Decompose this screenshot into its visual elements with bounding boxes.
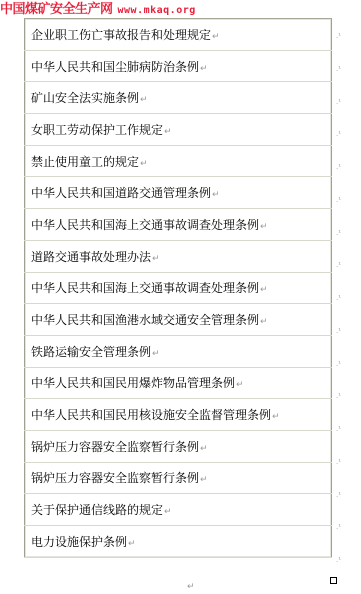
regulation-title: 锅炉压力容器安全监察暂行条例: [31, 471, 199, 485]
table-row: 中华人民共和国民用核设施安全监督管理条例↵: [25, 399, 332, 431]
regulation-title: 女职工劳动保护工作规定: [31, 123, 163, 137]
row-end-mark-icon: .¹: [336, 32, 341, 40]
table-row: 中华人民共和国渔港水域交通安全管理条例↵: [25, 304, 332, 336]
regulation-title: 中华人民共和国尘肺病防治条例: [31, 60, 199, 74]
paragraph-mark-icon: ↵: [212, 190, 220, 200]
table-row: 女职工劳动保护工作规定↵: [25, 114, 332, 146]
table-row: 锅炉压力容器安全监察暂行条例↵: [25, 462, 332, 494]
table-cell[interactable]: 中华人民共和国民用爆炸物品管理条例↵: [25, 367, 332, 399]
table-row: 关于保护通信线路的规定↵: [25, 494, 332, 526]
table-cell[interactable]: 关于保护通信线路的规定↵: [25, 494, 332, 526]
paragraph-mark-icon: ↵: [164, 507, 172, 517]
table-cell[interactable]: 中华人民共和国民用核设施安全监督管理条例↵: [25, 399, 332, 431]
paragraph-mark-icon: ↵: [200, 64, 208, 74]
table-cell[interactable]: 中华人民共和国海上交通事故调查处理条例↵: [25, 272, 332, 304]
table-cell[interactable]: 铁路运输安全管理条例↵: [25, 335, 332, 367]
row-end-mark-icon: .¹: [336, 229, 341, 237]
row-end-mark-icon: .¹: [336, 261, 341, 269]
table-cell[interactable]: 中华人民共和国道路交通管理条例↵: [25, 177, 332, 209]
row-end-mark-icon: .¹: [336, 98, 341, 106]
regulation-title: 中华人民共和国渔港水域交通安全管理条例: [31, 313, 259, 327]
paragraph-mark-icon: ↵: [140, 159, 148, 169]
row-end-mark-icon: .¹: [336, 556, 341, 564]
regulation-title: 铁路运输安全管理条例: [31, 345, 151, 359]
table-row: 道路交通事故处理办法↵: [25, 240, 332, 272]
table-cell[interactable]: 禁止使用童工的规定↵: [25, 145, 332, 177]
paragraph-mark-icon: ↵: [152, 254, 160, 264]
site-banner: 中国煤矿安全生产网www.mkaq.org: [0, 0, 196, 16]
table-cell[interactable]: 女职工劳动保护工作规定↵: [25, 114, 332, 146]
site-url[interactable]: www.mkaq.org: [118, 5, 196, 16]
table-row: 禁止使用童工的规定↵: [25, 145, 332, 177]
row-end-mark-icon: .¹: [336, 130, 341, 138]
regulations-table: 企业职工伤亡事故报告和处理规定↵中华人民共和国尘肺病防治条例↵矿山安全法实施条例…: [24, 18, 332, 558]
regulation-title: 关于保护通信线路的规定: [31, 503, 163, 517]
paragraph-mark-icon: ↵: [140, 95, 148, 105]
table-cell[interactable]: 企业职工伤亡事故报告和处理规定↵: [25, 19, 332, 51]
row-end-mark-icon: .¹: [336, 294, 341, 302]
table-cell[interactable]: 电力设施保护条例↵: [25, 526, 332, 558]
table-row: 铁路运输安全管理条例↵: [25, 335, 332, 367]
paragraph-mark-icon: ↵: [187, 582, 195, 592]
table-row: 中华人民共和国海上交通事故调查处理条例↵: [25, 272, 332, 304]
paragraph-mark-icon: ↵: [236, 380, 244, 390]
paragraph-mark-icon: ↵: [164, 127, 172, 137]
table-row: 锅炉压力容器安全监察暂行条例↵: [25, 430, 332, 462]
table-row: 矿山安全法实施条例↵: [25, 82, 332, 114]
table-cell[interactable]: 锅炉压力容器安全监察暂行条例↵: [25, 462, 332, 494]
regulation-title: 锅炉压力容器安全监察暂行条例: [31, 440, 199, 454]
regulation-title: 中华人民共和国道路交通管理条例: [31, 186, 211, 200]
paragraph-mark-icon: ↵: [152, 349, 160, 359]
site-title: 中国煤矿安全生产网: [0, 2, 113, 17]
regulation-title: 中华人民共和国民用爆炸物品管理条例: [31, 376, 235, 390]
row-end-mark-icon: .¹: [336, 491, 341, 499]
paragraph-mark-icon: ↵: [272, 412, 280, 422]
regulation-title: 道路交通事故处理办法: [31, 250, 151, 264]
paragraph-mark-icon: ↵: [260, 317, 268, 327]
regulation-title: 中华人民共和国海上交通事故调查处理条例: [31, 218, 259, 232]
table-row: 电力设施保护条例↵: [25, 526, 332, 558]
row-end-mark-icon: .¹: [336, 392, 341, 400]
regulation-title: 禁止使用童工的规定: [31, 155, 139, 169]
regulation-title: 中华人民共和国海上交通事故调查处理条例: [31, 281, 259, 295]
regulation-title: 企业职工伤亡事故报告和处理规定: [31, 28, 211, 42]
regulation-title: 矿山安全法实施条例: [31, 91, 139, 105]
regulation-title: 电力设施保护条例: [31, 535, 127, 549]
paragraph-mark-icon: ↵: [200, 475, 208, 485]
paragraph-mark-icon: ↵: [200, 444, 208, 454]
table-cell[interactable]: 中华人民共和国尘肺病防治条例↵: [25, 50, 332, 82]
row-end-mark-icon: .¹: [336, 163, 341, 171]
paragraph-mark-icon: ↵: [260, 222, 268, 232]
regulation-title: 中华人民共和国民用核设施安全监督管理条例: [31, 408, 271, 422]
row-end-mark-icon: .¹: [336, 65, 341, 73]
paragraph-mark-icon: ↵: [260, 285, 268, 295]
table-row: 中华人民共和国道路交通管理条例↵: [25, 177, 332, 209]
paragraph-mark-icon: ↵: [128, 539, 136, 549]
row-end-mark-icon: .¹: [336, 458, 341, 466]
paragraph-mark-icon: ↵: [212, 32, 220, 42]
table-resize-handle[interactable]: [330, 577, 337, 584]
table-cell[interactable]: 锅炉压力容器安全监察暂行条例↵: [25, 430, 332, 462]
table-cell[interactable]: 中华人民共和国渔港水域交通安全管理条例↵: [25, 304, 332, 336]
table-cell[interactable]: 矿山安全法实施条例↵: [25, 82, 332, 114]
table-row: 企业职工伤亡事故报告和处理规定↵: [25, 19, 332, 51]
row-end-mark-icon: .¹: [336, 327, 341, 335]
table-cell[interactable]: 道路交通事故处理办法↵: [25, 240, 332, 272]
table-row: 中华人民共和国尘肺病防治条例↵: [25, 50, 332, 82]
row-end-mark-icon: .¹: [336, 523, 341, 531]
row-end-mark-icon: .¹: [336, 425, 341, 433]
row-end-mark-icon: .¹: [336, 360, 341, 368]
table-cell[interactable]: 中华人民共和国海上交通事故调查处理条例↵: [25, 209, 332, 241]
row-end-mark-icon: .¹: [336, 196, 341, 204]
table-row: 中华人民共和国海上交通事故调查处理条例↵: [25, 209, 332, 241]
table-row: 中华人民共和国民用爆炸物品管理条例↵: [25, 367, 332, 399]
